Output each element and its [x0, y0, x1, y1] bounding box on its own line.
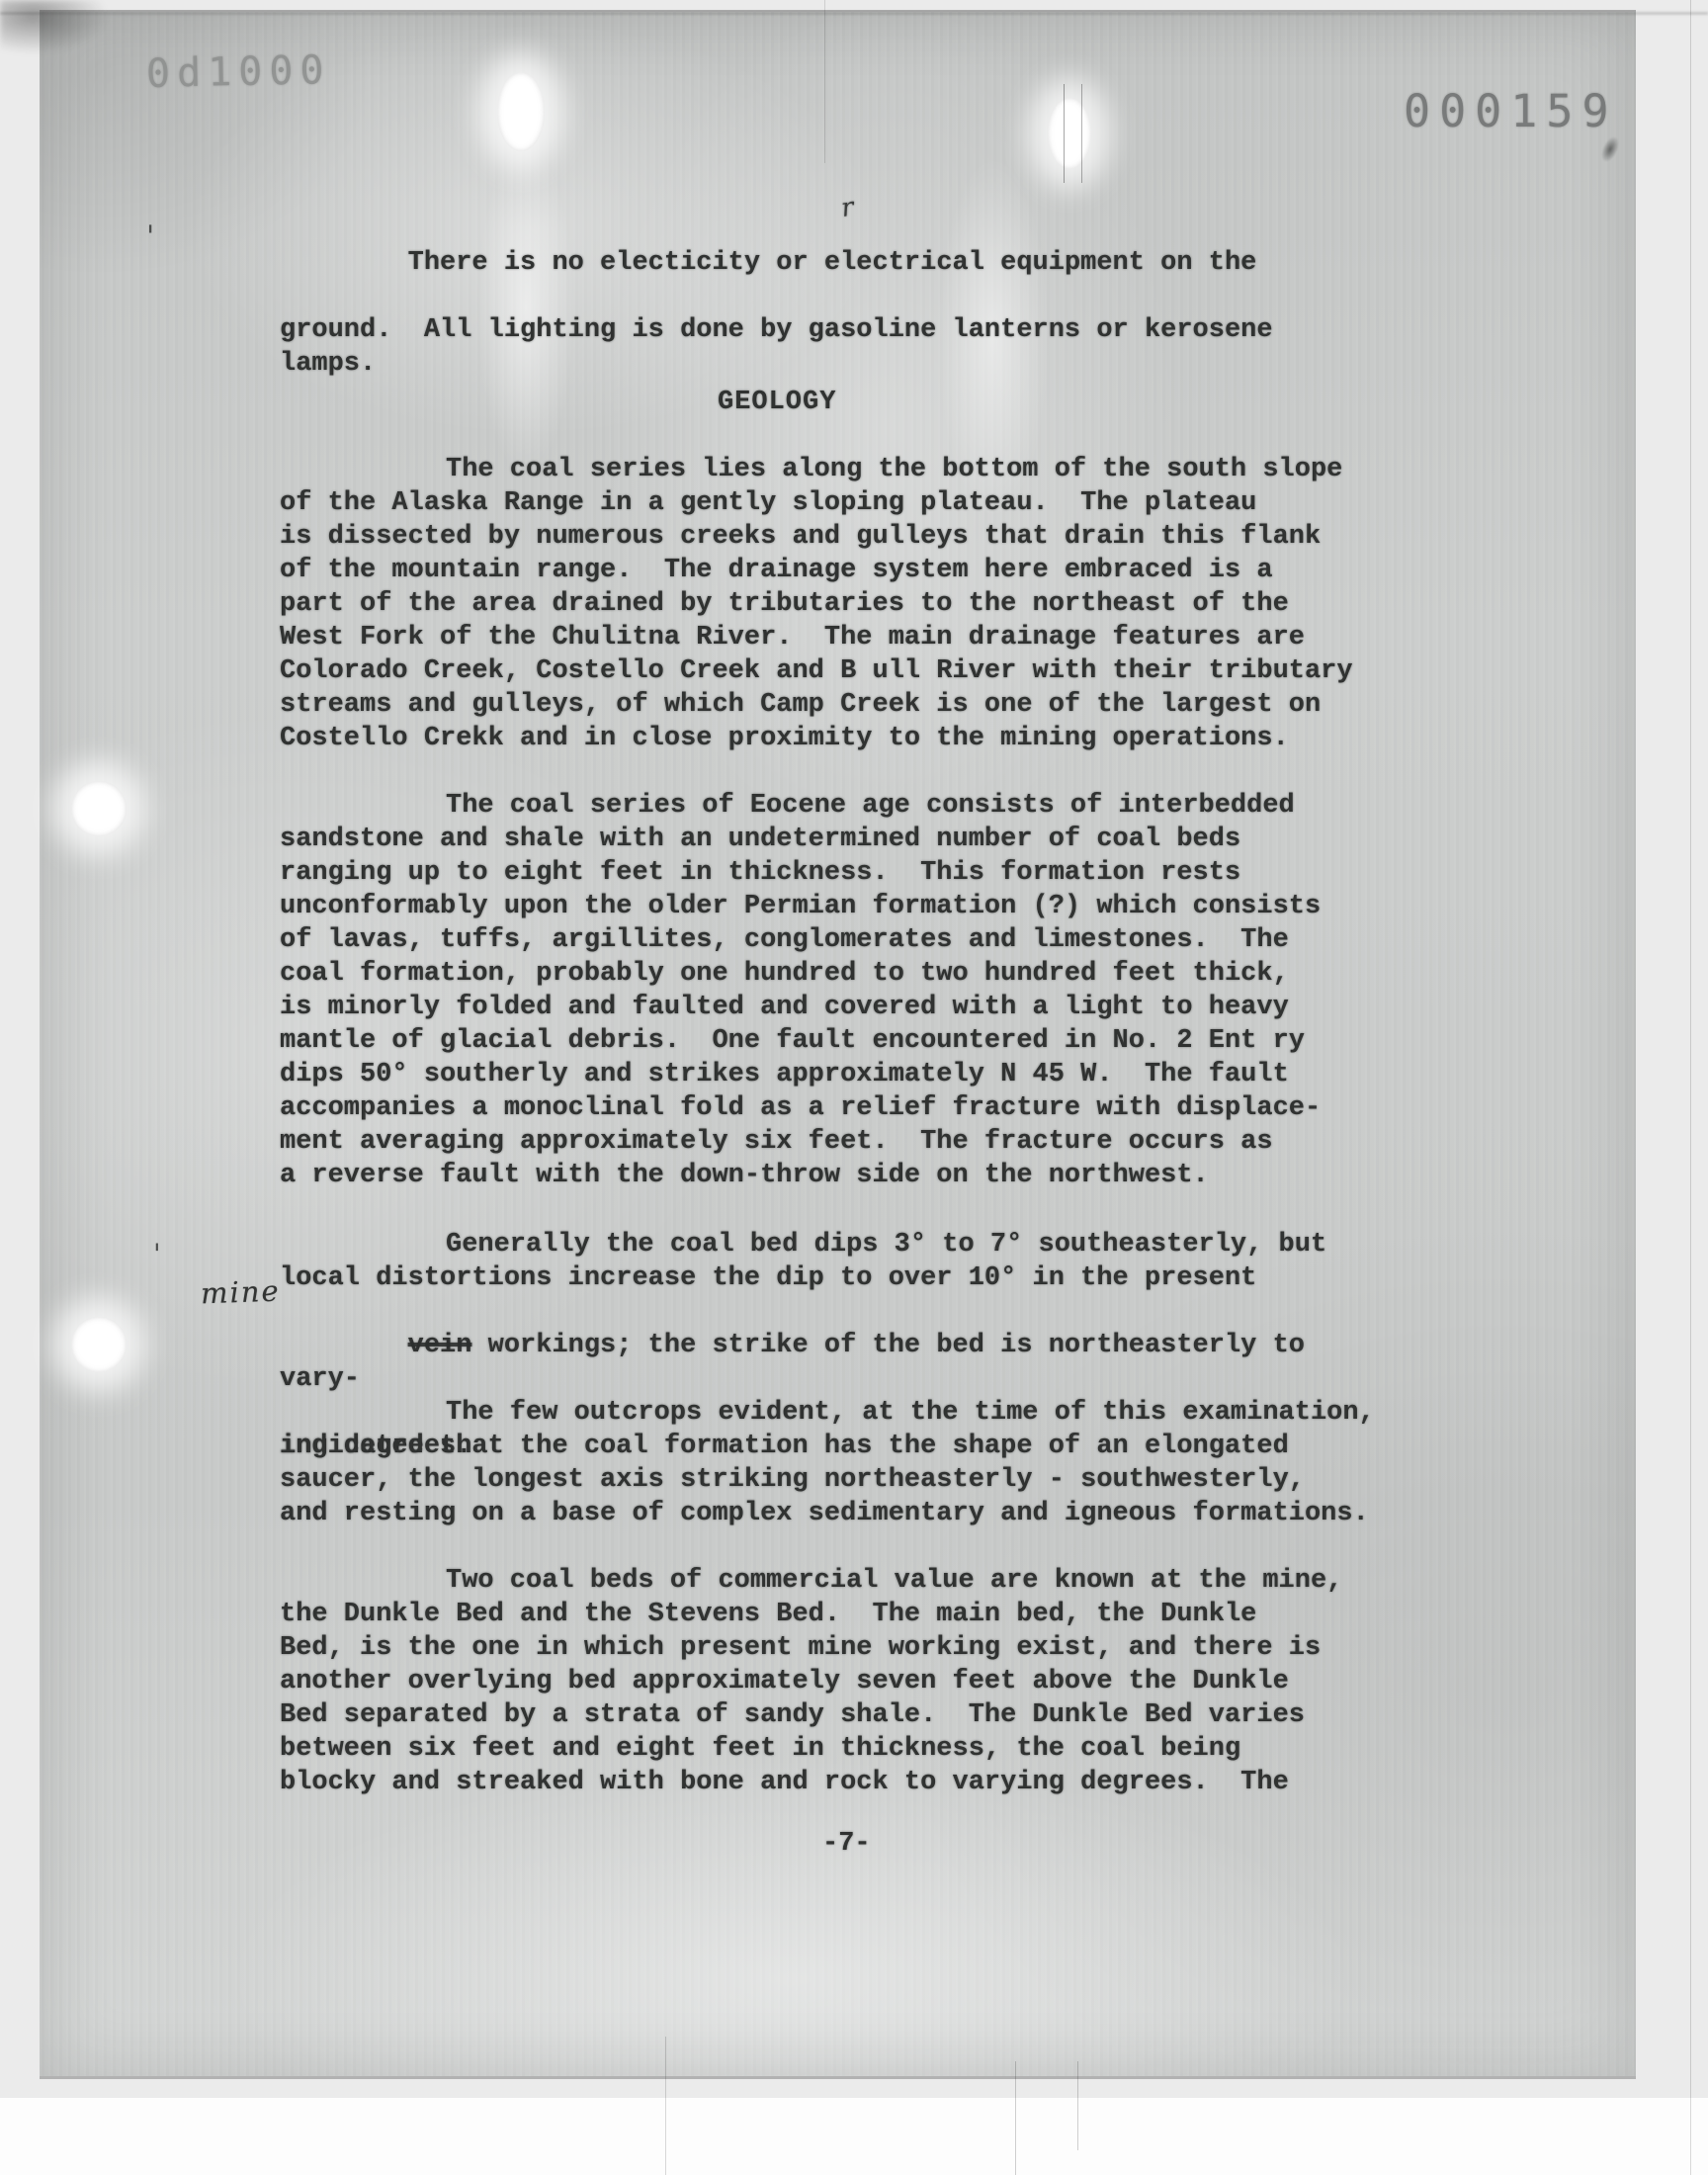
scanned-document-page: 0d1000 000159 ' ' mine There is no elect… — [0, 0, 1708, 2175]
stray-ink-mark: ' — [153, 1238, 161, 1270]
paragraph-eocene-formation: The coal series of Eocene age consists o… — [280, 789, 1397, 1192]
scan-artifact-line — [1081, 84, 1082, 183]
page-number-stamp-top-right: 000159 — [1404, 85, 1618, 137]
scan-artifact-line — [665, 2037, 666, 2175]
punch-hole-left-upper — [71, 781, 127, 836]
paragraph-lines: ground. All lighting is done by gasoline… — [280, 313, 1397, 381]
scan-bed-bottom — [0, 2098, 1708, 2175]
paragraph-lines: The coal series lies along the bottom of… — [280, 453, 1397, 755]
paragraph-lines: The coal series of Eocene age consists o… — [280, 789, 1397, 1192]
scan-artifact-line — [1690, 0, 1691, 2175]
paragraph-line: There is no electricity or electrical eq… — [280, 213, 1397, 313]
page-number-footer: -7- — [280, 1827, 871, 1861]
punch-hole-top-left — [497, 72, 545, 151]
page-number-stamp-top-left: 0d1000 — [146, 47, 331, 97]
paragraph-coal-series-location: The coal series lies along the bottom of… — [280, 453, 1397, 755]
paragraph-outcrops: The few outcrops evident, at the time of… — [280, 1396, 1397, 1530]
corner-smudge — [0, 0, 109, 54]
paragraph-lines: The few outcrops evident, at the time of… — [280, 1396, 1397, 1530]
paragraph-lines: Generally the coal bed dips 3° to 7° sou… — [280, 1228, 1397, 1295]
section-heading-geology: GEOLOGY — [280, 386, 836, 419]
handwritten-margin-note: mine — [200, 1274, 281, 1311]
scan-artifact-line — [824, 0, 825, 163]
scan-artifact-line — [1015, 2061, 1016, 2175]
punch-hole-left-lower — [71, 1317, 127, 1372]
scan-artifact-line — [1077, 2061, 1078, 2150]
struck-out-word: vein — [408, 1331, 472, 1360]
paper-top-edge-shadow — [0, 12, 1708, 15]
stray-ink-mark: ' — [146, 219, 154, 254]
text-segment: icity or electrical equipment on the — [680, 248, 1256, 278]
paragraph-coal-beds: Two coal beds of commercial value are kn… — [280, 1564, 1397, 1799]
paragraph-electricity: There is no electricity or electrical eq… — [280, 213, 1397, 381]
punch-hole-top-right — [1048, 98, 1091, 169]
paragraph-lines: Two coal beds of commercial value are kn… — [280, 1564, 1397, 1799]
scan-artifact-line — [1064, 84, 1065, 183]
text-segment: There is no elect — [408, 248, 680, 278]
